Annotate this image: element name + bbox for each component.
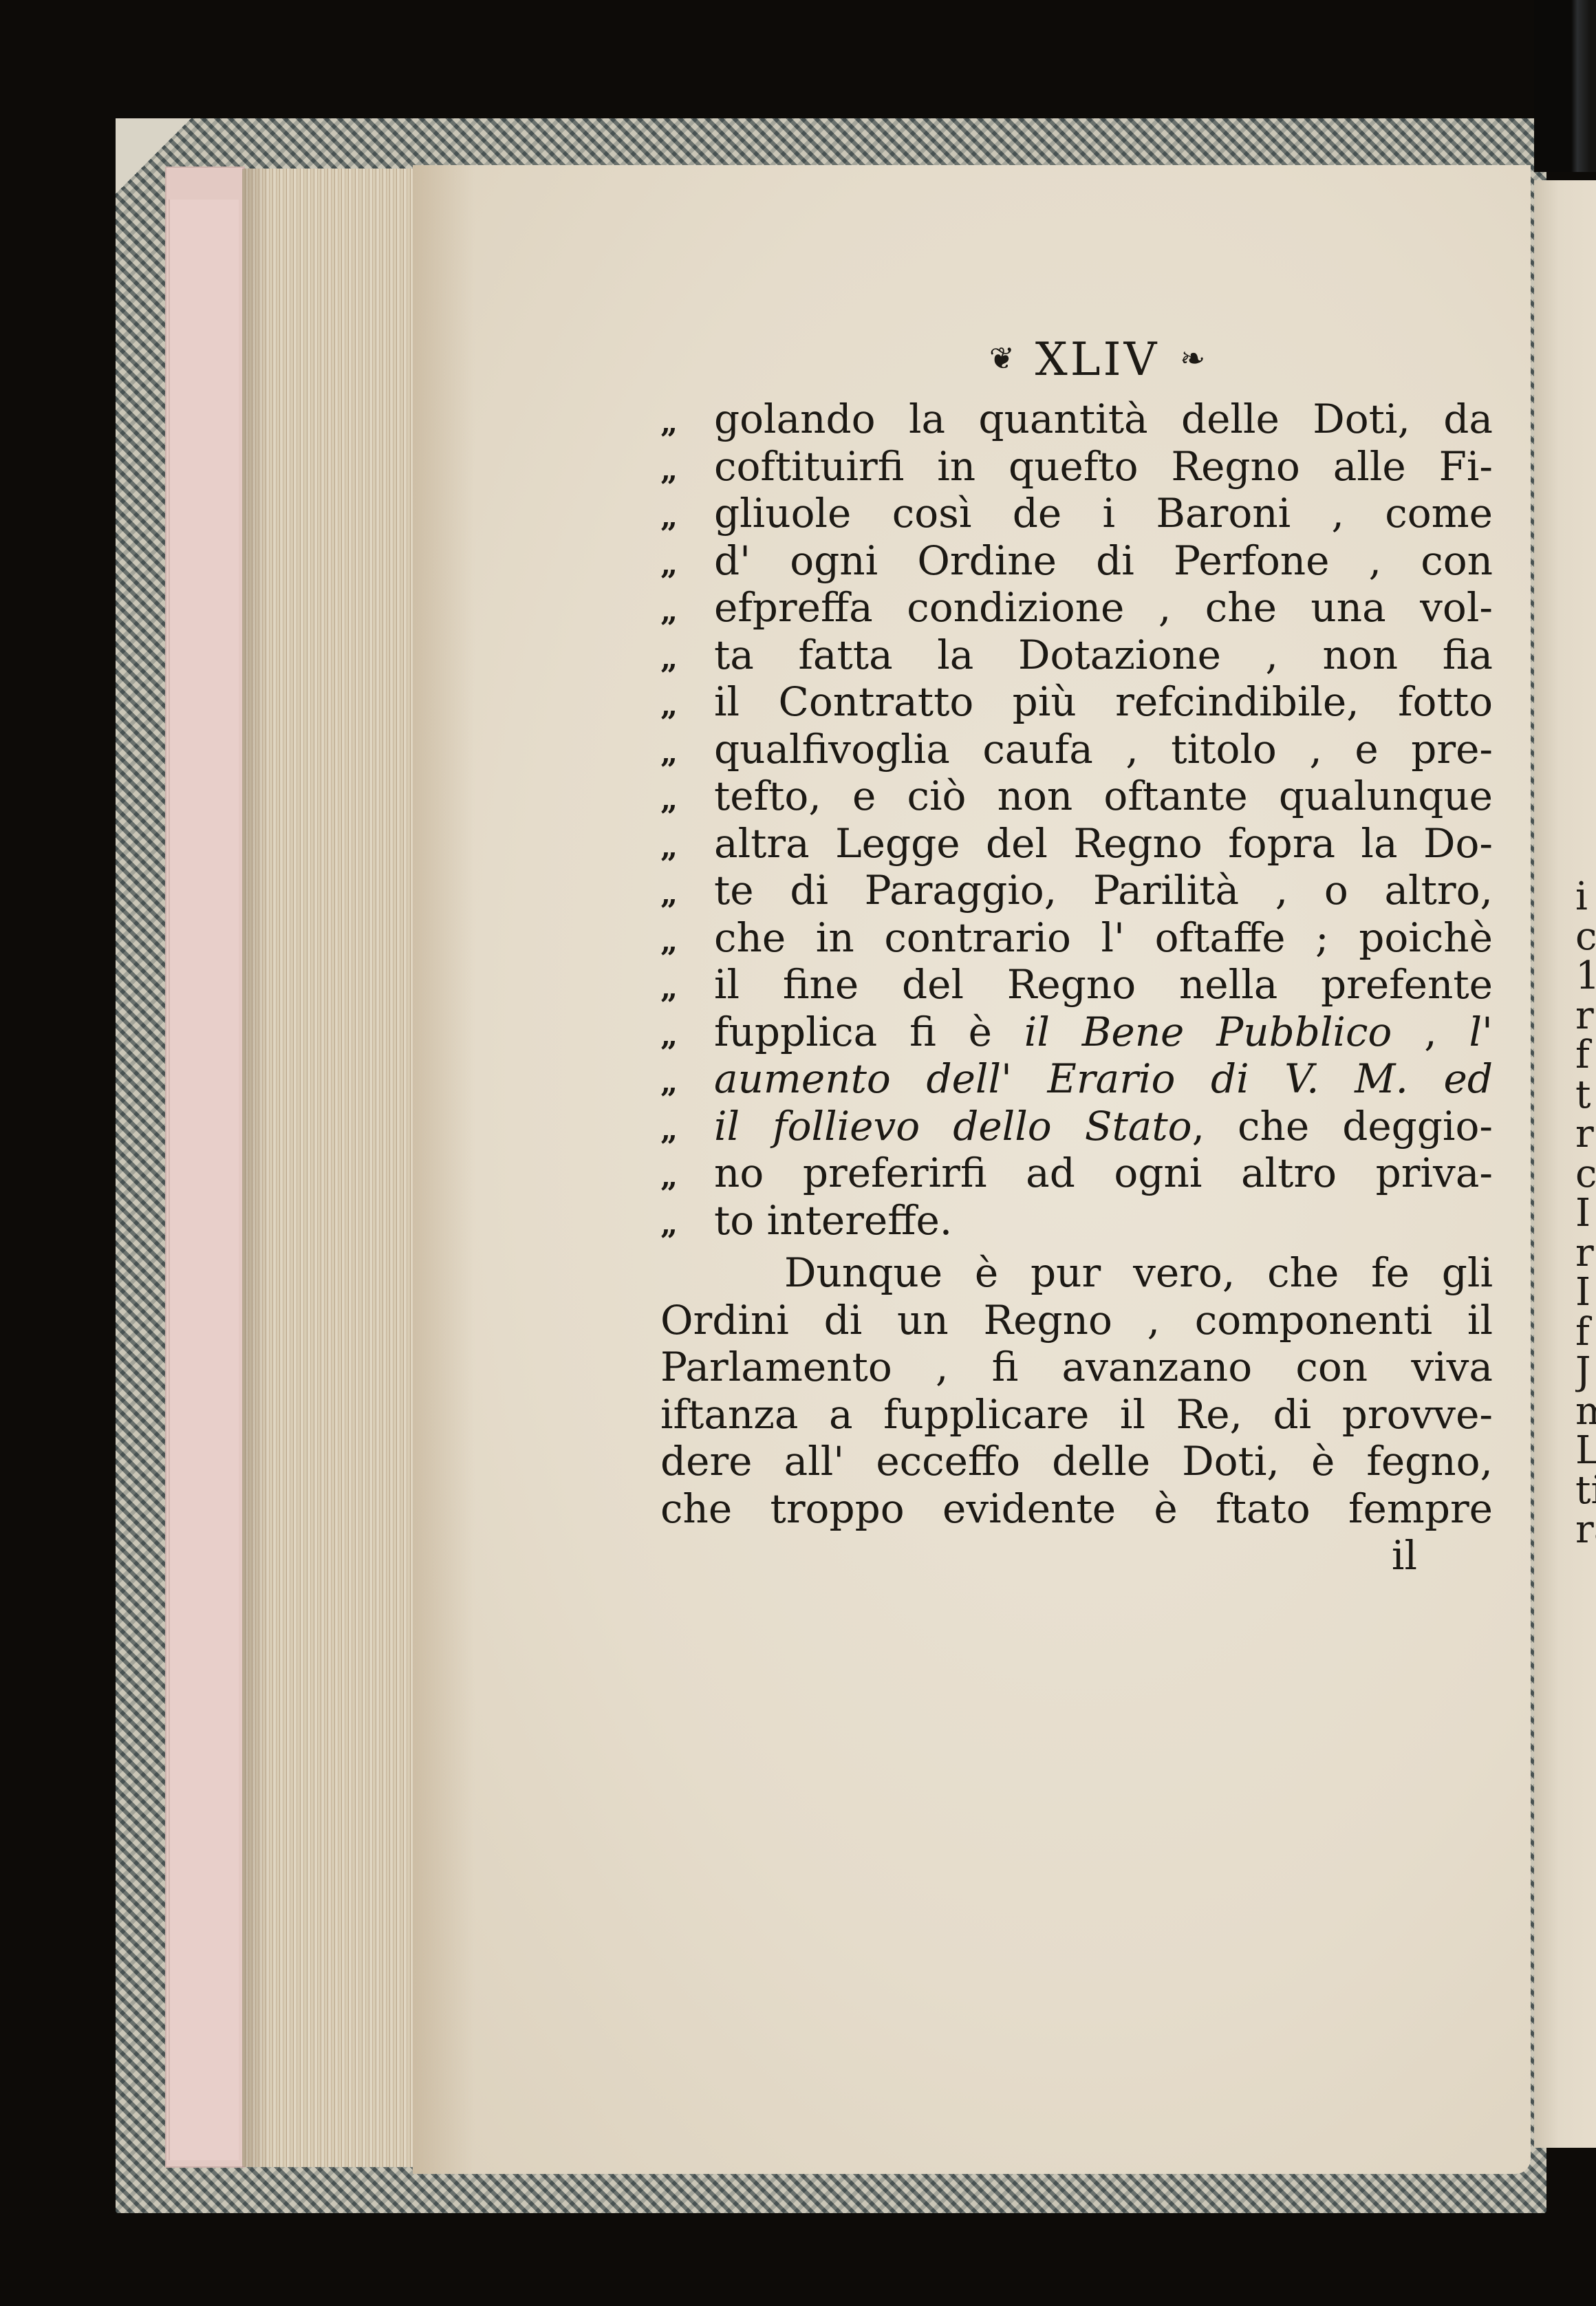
quoted-line: „tefto, e ciò non oftante qualunque <box>660 773 1493 820</box>
quote-mark: „ <box>660 541 673 589</box>
catchword-line: il <box>660 1532 1493 1580</box>
quoted-line: „te di Paraggio, Parilità , o altro, <box>660 867 1493 914</box>
quoted-line: „il fine del Regno nella prefente <box>660 961 1493 1009</box>
quote-mark: „ <box>660 1059 673 1107</box>
quote-mark: „ <box>660 918 673 966</box>
quoted-line: „efpreffa condizione , che una vol- <box>660 584 1493 632</box>
quote-mark: „ <box>660 1013 673 1060</box>
quote-mark: „ <box>660 400 673 447</box>
quoted-line: „gliuole così de i Baroni , come <box>660 490 1493 537</box>
quote-mark: „ <box>660 777 673 824</box>
quoted-line: „qualfivoglia caufa , titolo , e pre- <box>660 726 1493 773</box>
background-shadow <box>1534 0 1596 172</box>
catchword: il <box>660 1532 1493 1580</box>
quote-mark: „ <box>660 965 673 1013</box>
italic-phrase: il Bene Pubblico <box>1024 1009 1392 1055</box>
paragraph-line: che troppo evidente è ftato fempre <box>660 1485 1493 1533</box>
quoted-line: „golando la quantità delle Doti, da <box>660 396 1493 443</box>
quoted-line: „ta fatta la Dotazione , non fia <box>660 632 1493 679</box>
quote-mark: „ <box>660 1154 673 1201</box>
fleuron-left-icon: ❦ <box>989 344 1015 374</box>
facing-page-text-fragments: i c 1 r f t r c I r I f J m L ti ra <box>1575 640 1596 1550</box>
fleuron-right-icon: ❧ <box>1180 344 1205 374</box>
pink-endpaper-inner <box>169 200 239 2160</box>
italic-phrase: aumento dell' Erario di V. M. ed <box>714 1055 1493 1103</box>
quoted-line: „che in contrario l' oftaffe ; poichè <box>660 914 1493 962</box>
quoted-line: „fupplica fi è il Bene Pubblico , l' <box>660 1009 1493 1056</box>
italic-phrase: il follievo dello Stato <box>714 1103 1192 1150</box>
paragraph-line: Dunque è pur vero, che fe gli <box>660 1249 1493 1297</box>
quote-mark: „ <box>660 730 673 777</box>
paragraph-line: Ordini di un Regno , componenti il <box>660 1297 1493 1344</box>
paragraph-line: dere all' ecceffo delle Doti, è fegno, <box>660 1438 1493 1485</box>
quote-mark: „ <box>660 588 673 636</box>
quote-mark: „ <box>660 1201 673 1249</box>
quoted-line: „il follievo dello Stato, che deggio- <box>660 1103 1493 1150</box>
quote-mark: „ <box>660 447 673 495</box>
quoted-line: „no preferirfi ad ogni altro priva- <box>660 1150 1493 1197</box>
page-gutter-shadow <box>413 165 475 2174</box>
quote-mark: „ <box>660 494 673 541</box>
page-header: ❦ XLIV ❧ <box>925 332 1269 387</box>
quote-mark: „ <box>660 871 673 918</box>
page-number: XLIV <box>1035 333 1160 386</box>
quote-mark: „ <box>660 1107 673 1154</box>
quoted-line: „to intereffe. <box>660 1197 1493 1244</box>
quoted-line: „il Contratto più refcindibile, fotto <box>660 678 1493 726</box>
quoted-line: „altra Legge del Regno fopra la Do- <box>660 820 1493 868</box>
quote-mark: „ <box>660 636 673 683</box>
quote-mark: „ <box>660 824 673 872</box>
text-block: „golando la quantità delle Doti, da „cof… <box>660 396 1493 1580</box>
quoted-line: „d' ogni Ordine di Perfone , con <box>660 537 1493 585</box>
page-stack-shadow <box>242 169 270 2167</box>
paragraph-line: iftanza a fupplicare il Re, di provve- <box>660 1391 1493 1438</box>
paragraph-line: Parlamento , fi avanzano con viva <box>660 1344 1493 1391</box>
quoted-line: „aumento dell' Erario di V. M. ed <box>660 1055 1493 1103</box>
quote-mark: „ <box>660 682 673 730</box>
quoted-line: „coftituirfi in quefto Regno alle Fi- <box>660 443 1493 491</box>
